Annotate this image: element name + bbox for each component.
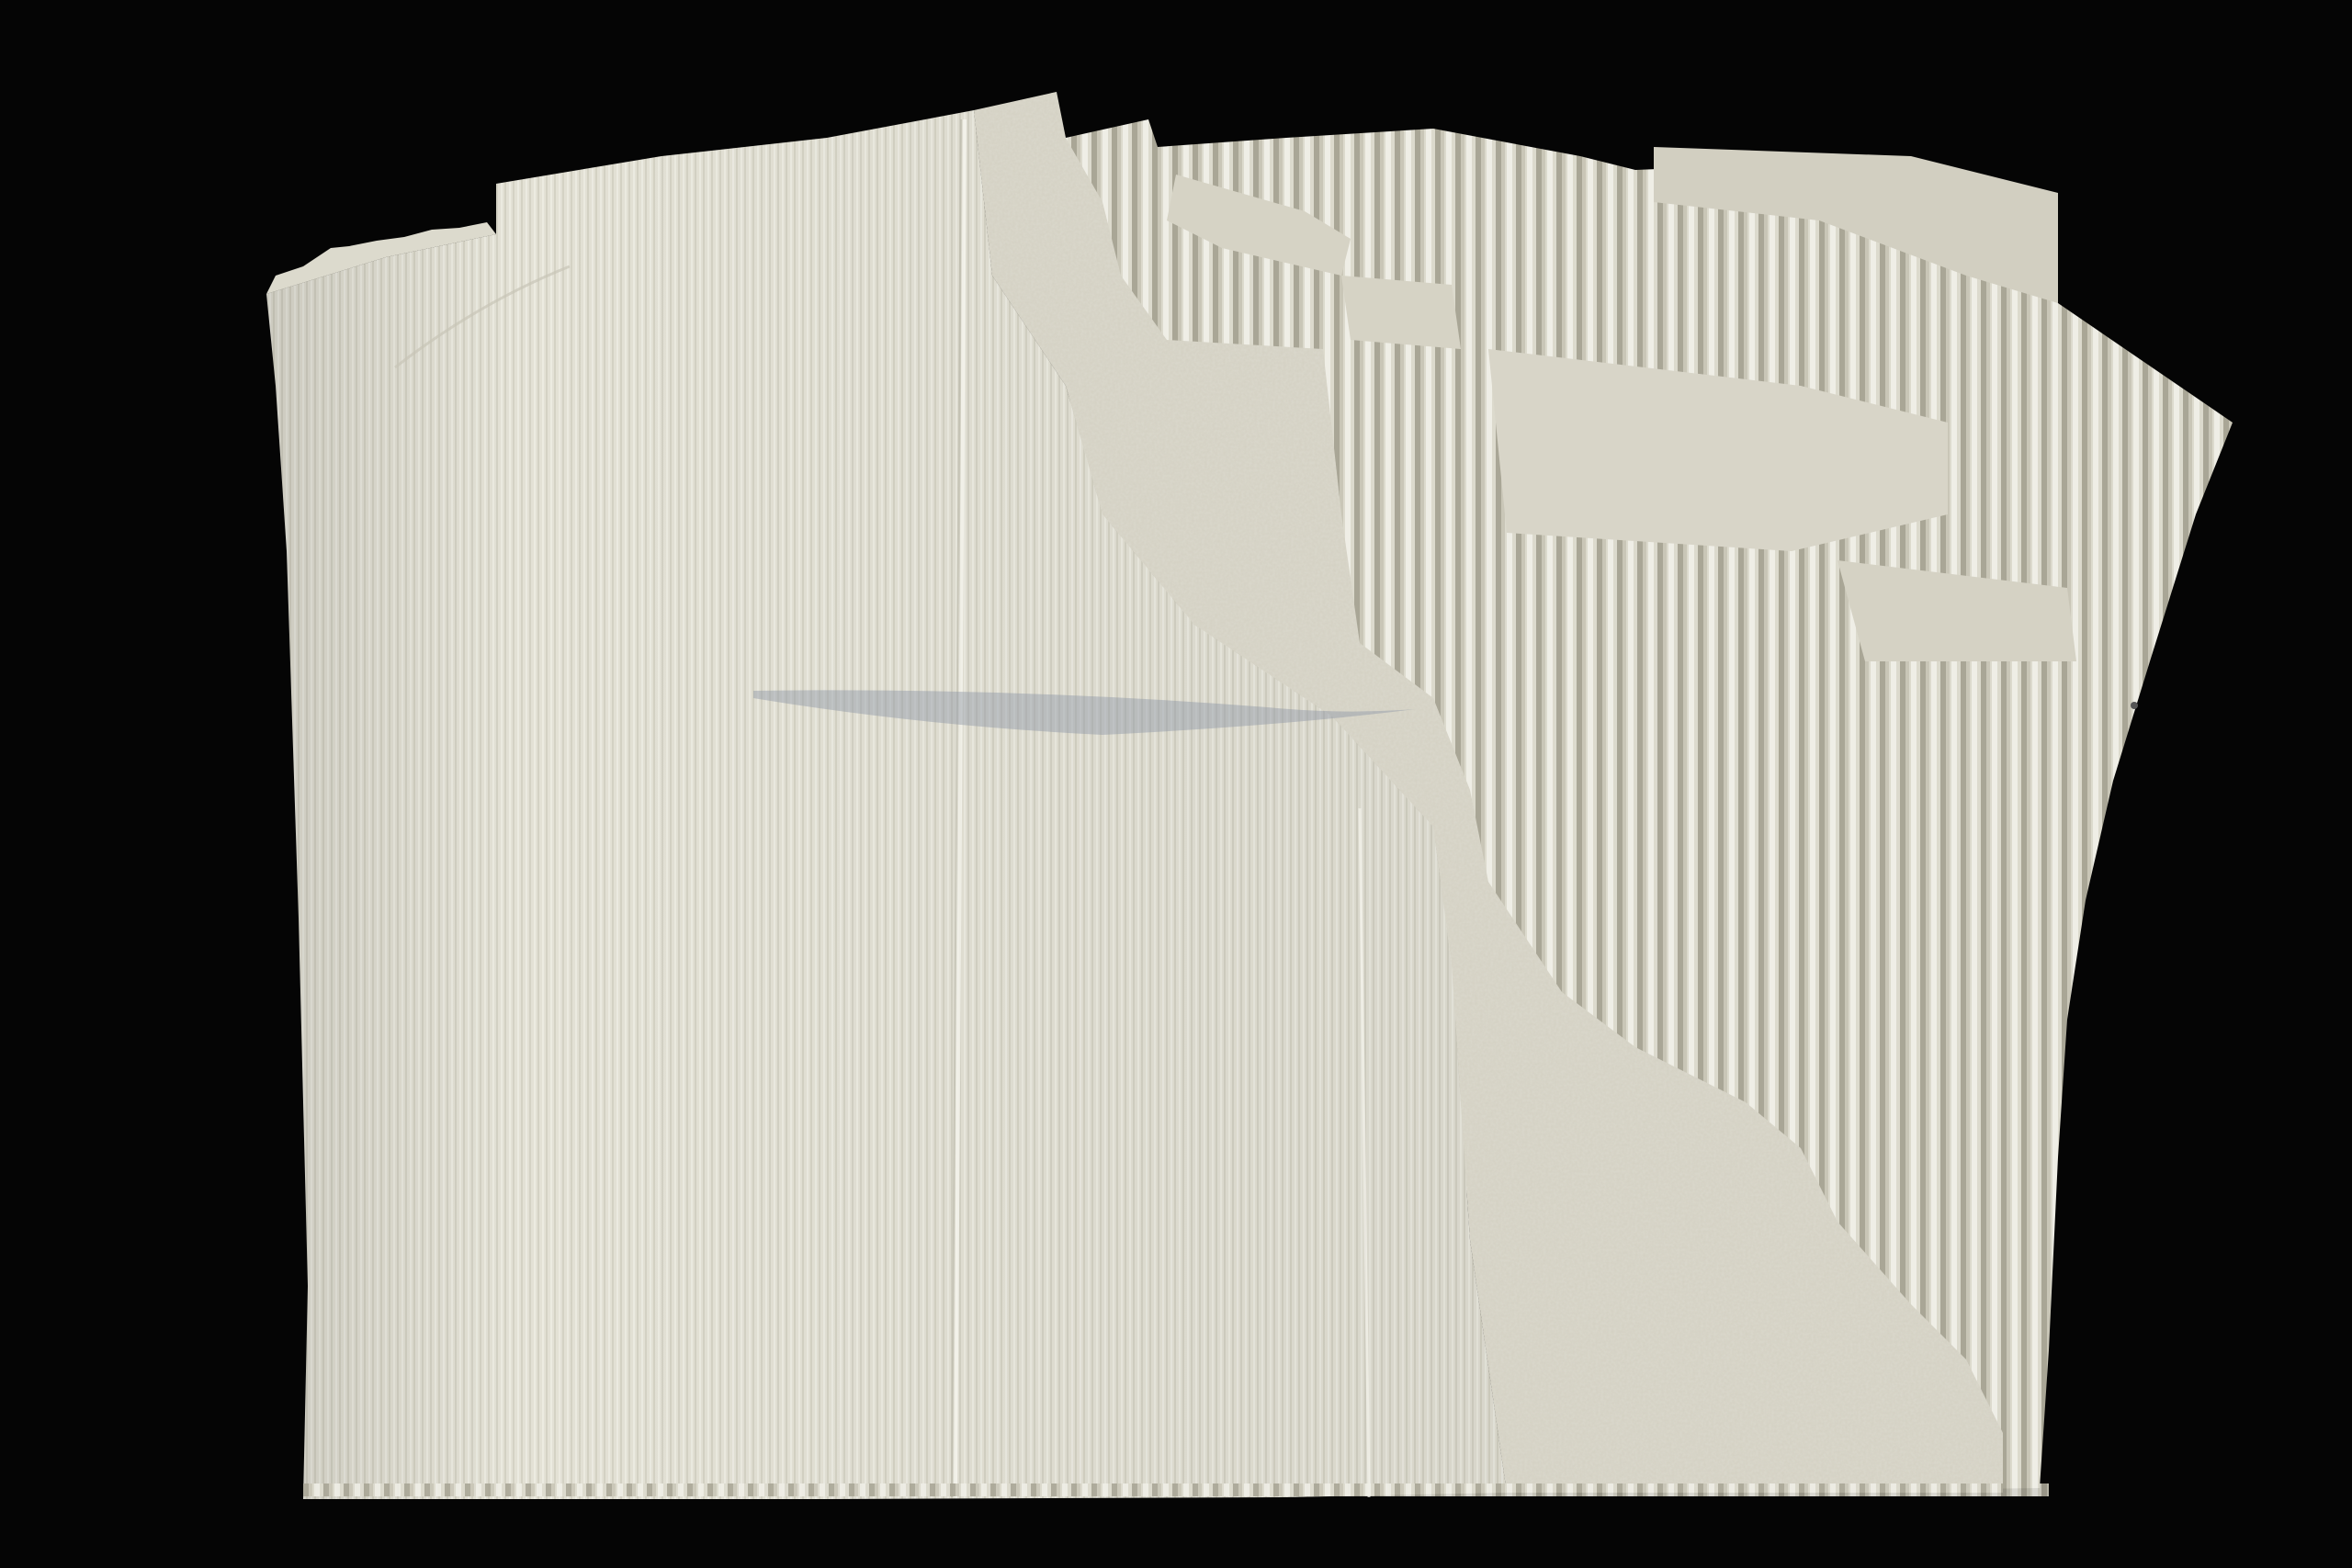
photo-stage — [0, 0, 2352, 1568]
dust-speck — [2131, 702, 2138, 709]
sculpture-photo — [0, 0, 2352, 1568]
